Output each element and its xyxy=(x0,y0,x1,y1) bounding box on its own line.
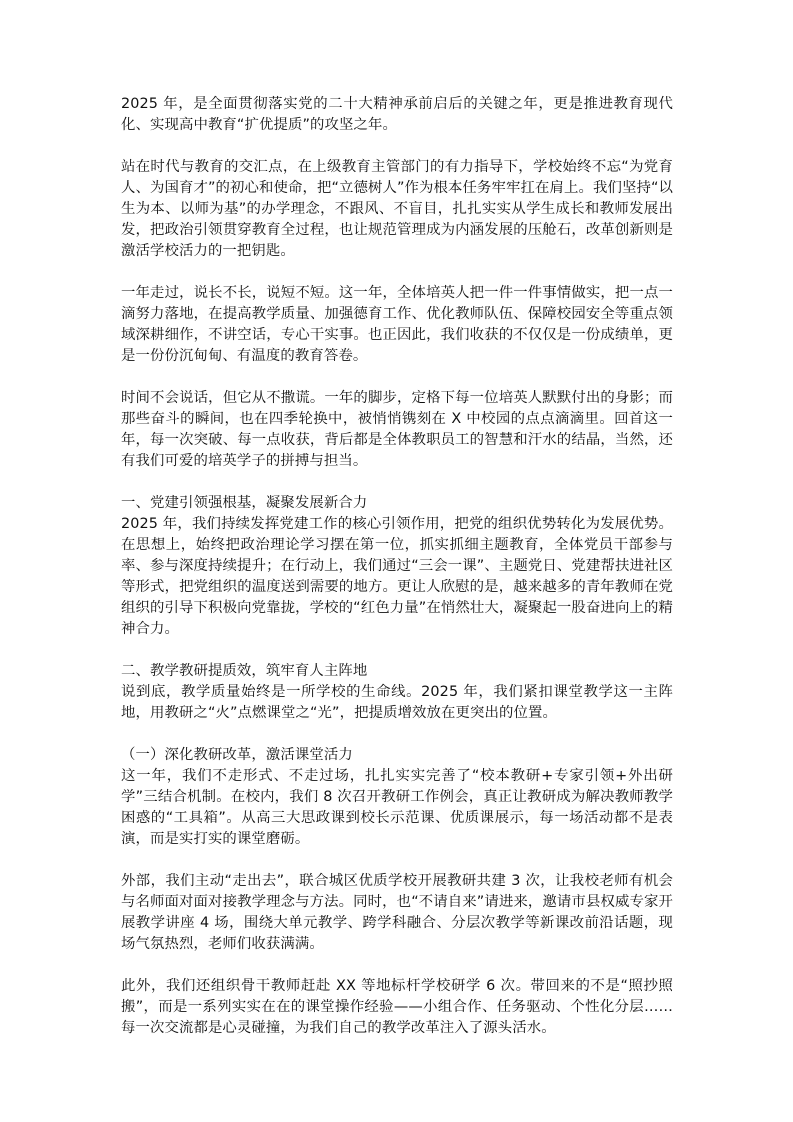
document-page: 2025 年，是全面贯彻落实党的二十大精神承前启后的关键之年，更是推进教育现代化… xyxy=(121,94,673,1060)
section-heading: 二、教学教研提质效，筑牢育人主阵地 xyxy=(121,661,673,682)
subsection-body: 这一年，我们不走形式、不走过场，扎扎实实完善了“校本教研+专家引领+外出研学”三… xyxy=(121,766,673,850)
subsection-paragraph: 此外，我们还组织骨干教师赶赴 XX 等地标杆学校研学 6 次。带回来的不是“照抄… xyxy=(121,976,673,1039)
section-heading: 一、党建引领强根基，凝聚发展新合力 xyxy=(121,493,673,514)
subsection-research-reform: （一）深化教研改革，激活课堂活力 这一年，我们不走形式、不走过场，扎扎实实完善了… xyxy=(121,745,673,1039)
section-party-building: 一、党建引领强根基，凝聚发展新合力 2025 年，我们持续发挥党建工作的核心引领… xyxy=(121,493,673,640)
section-body: 说到底，教学质量始终是一所学校的生命线。2025 年，我们紧扣课堂教学这一主阵地… xyxy=(121,682,673,724)
intro-paragraph-2: 站在时代与教育的交汇点，在上级教育主管部门的有力指导下，学校始终不忘“为党育人、… xyxy=(121,157,673,262)
intro-paragraph-1: 2025 年，是全面贯彻落实党的二十大精神承前启后的关键之年，更是推进教育现代化… xyxy=(121,94,673,136)
subsection-heading: （一）深化教研改革，激活课堂活力 xyxy=(121,745,673,766)
section-body: 2025 年，我们持续发挥党建工作的核心引领作用，把党的组织优势转化为发展优势。… xyxy=(121,514,673,640)
subsection-paragraph: 外部，我们主动“走出去”，联合城区优质学校开展教研共建 3 次，让我校老师有机会… xyxy=(121,871,673,955)
intro-paragraph-3: 一年走过，说长不长，说短不短。这一年，全体培英人把一件一件事情做实，把一点一滴努… xyxy=(121,283,673,367)
intro-paragraph-4: 时间不会说话，但它从不撒谎。一年的脚步，定格下每一位培英人默默付出的身影；而那些… xyxy=(121,388,673,472)
section-teaching-research: 二、教学教研提质效，筑牢育人主阵地 说到底，教学质量始终是一所学校的生命线。20… xyxy=(121,661,673,1039)
